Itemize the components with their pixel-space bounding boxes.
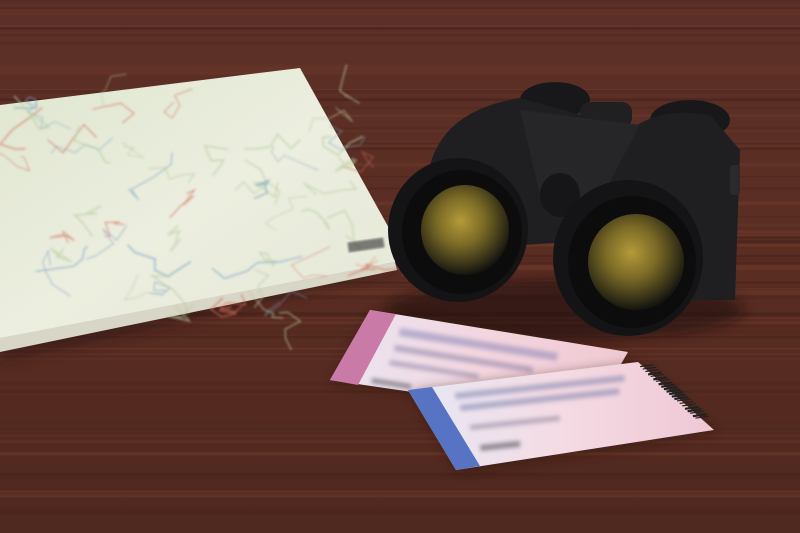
strap-lug <box>730 165 740 195</box>
lens-right <box>588 214 684 310</box>
photo-canvas <box>0 0 800 533</box>
photo-scene <box>0 0 800 533</box>
lens-left <box>421 185 509 275</box>
